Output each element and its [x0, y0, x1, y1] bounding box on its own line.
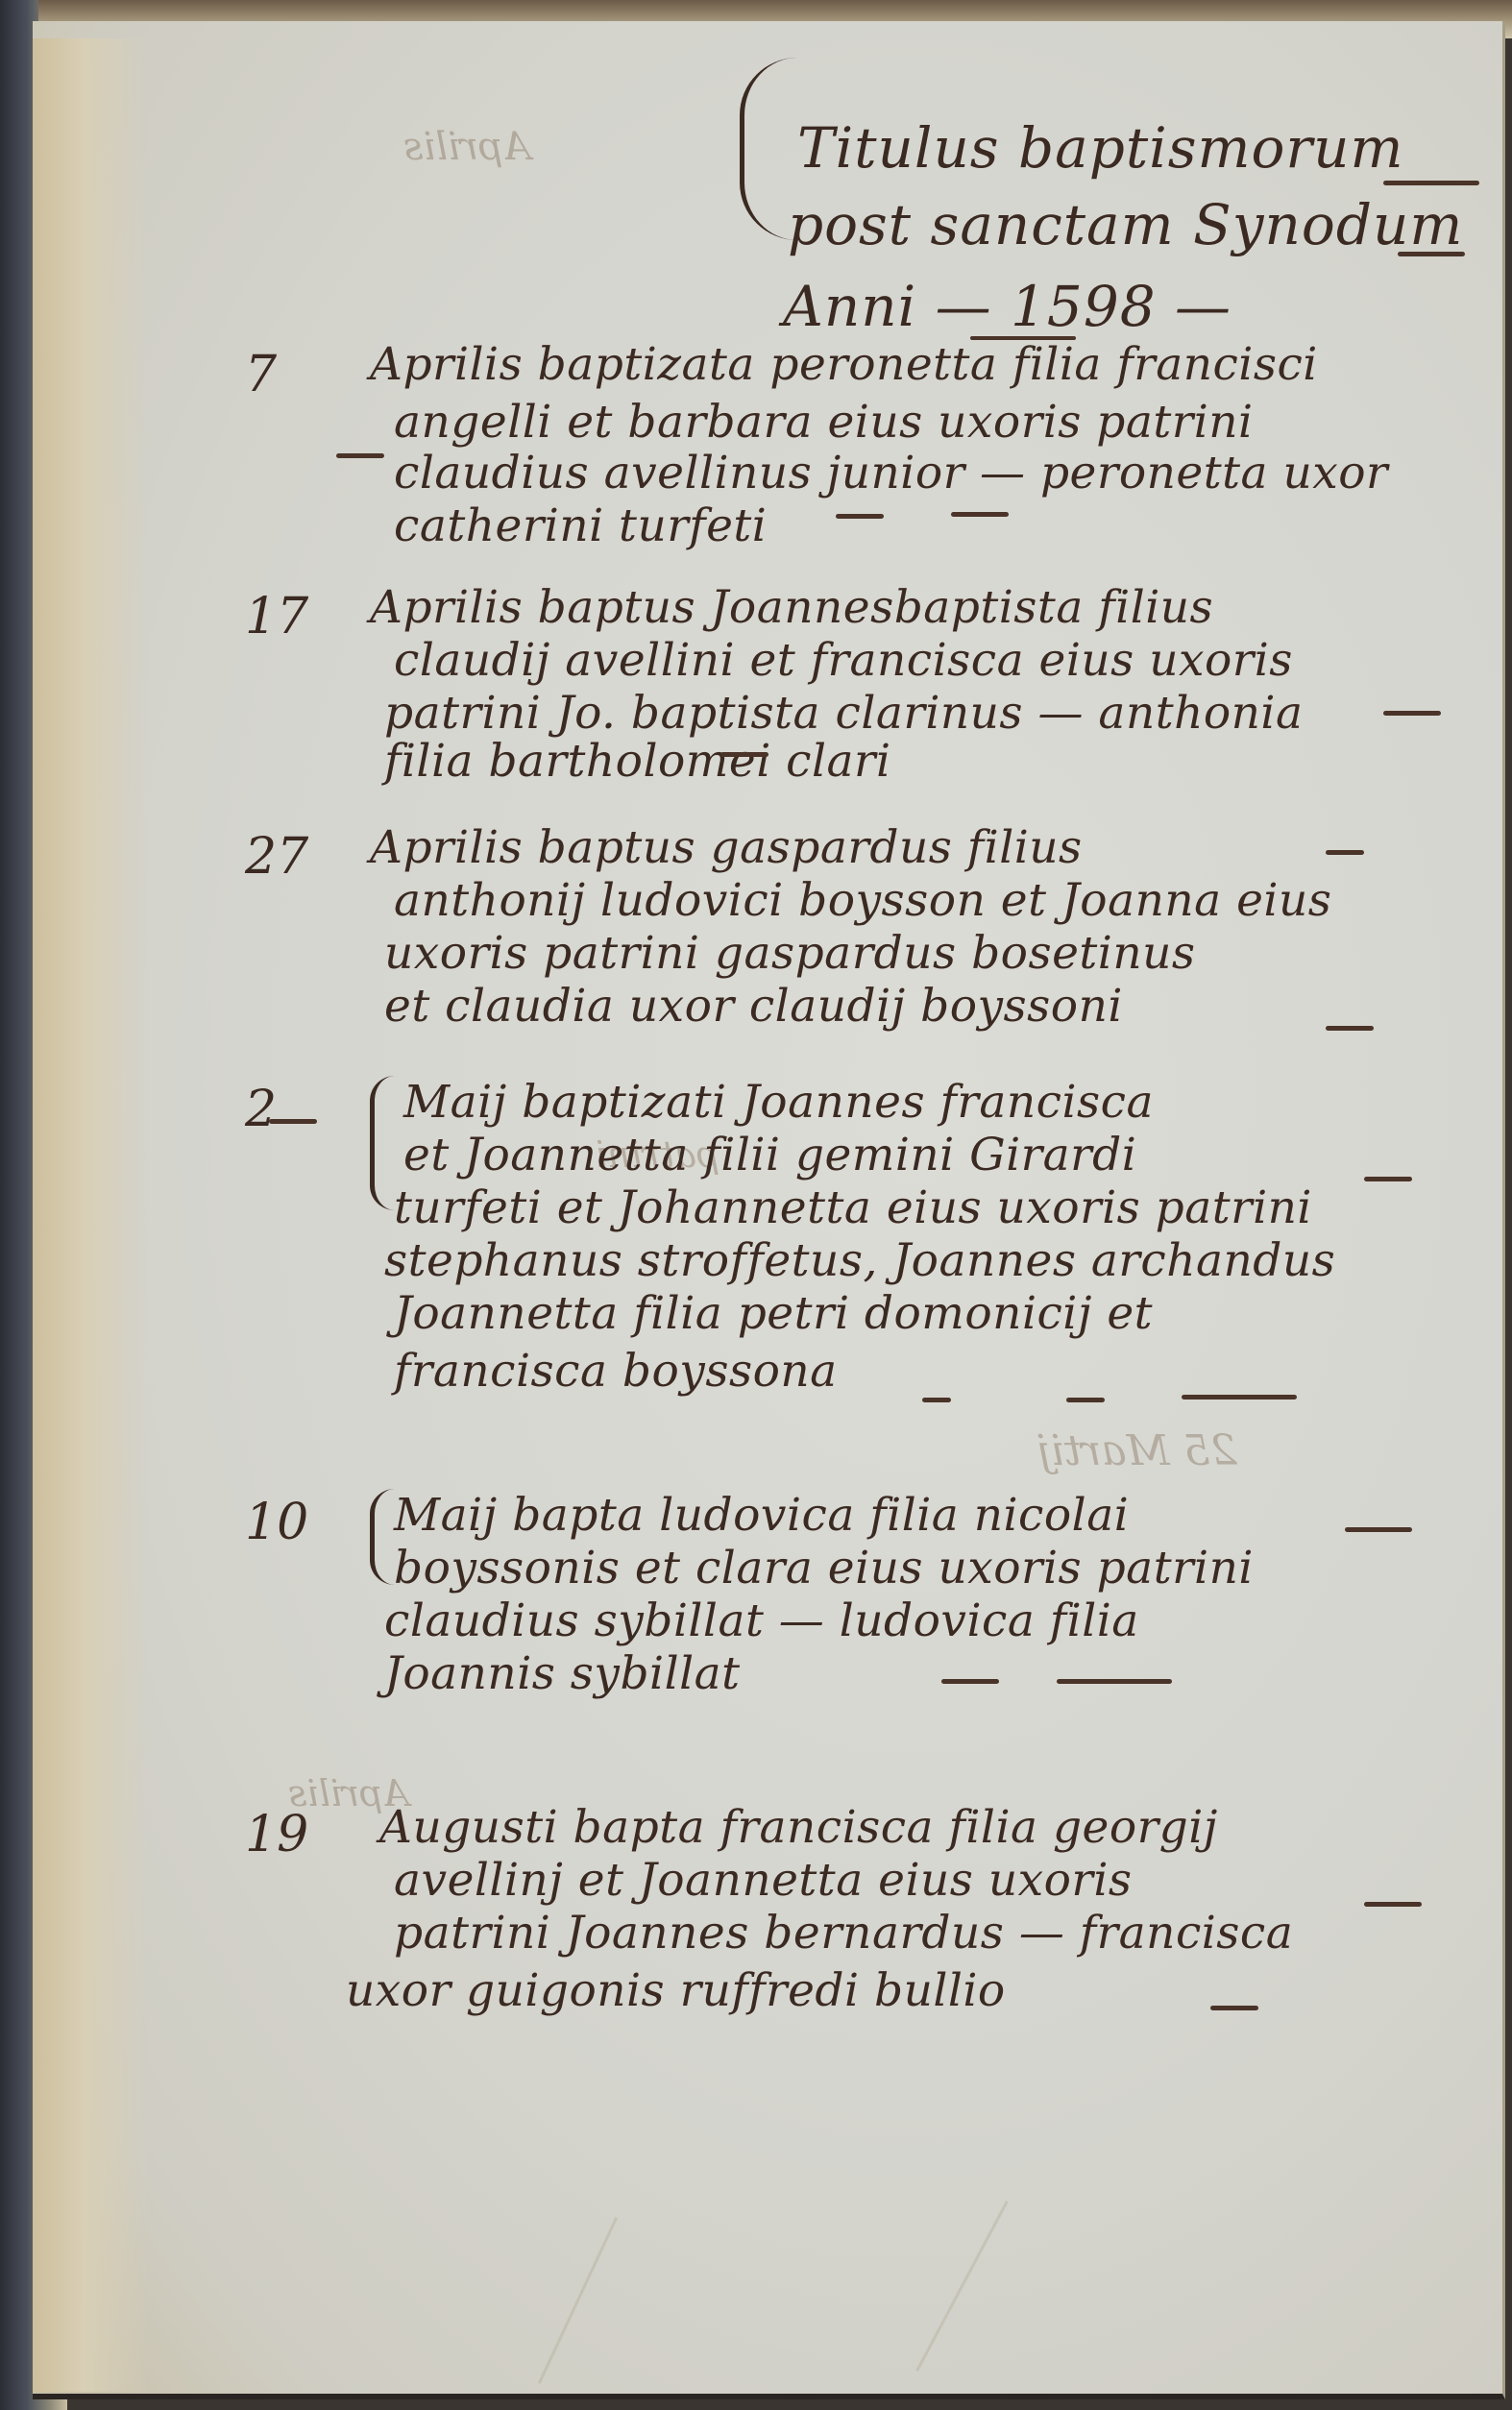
entry-line: claudij avellini et francisca eius uxori… [394, 634, 1293, 687]
line-filler-dash [1326, 1026, 1374, 1031]
title-line-3: Anni — 1598 — [783, 274, 1232, 339]
entry-line: filia bartholomei clari [384, 735, 891, 788]
entry-line: Maij bapta ludovica filia nicolai [394, 1489, 1129, 1542]
entry-line: patrini Jo. baptista clarinus — anthonia [384, 687, 1304, 740]
entry-line: catherini turfeti [394, 499, 767, 552]
entry-line: uxoris patrini gaspardus bosetinus [384, 927, 1195, 980]
margin-dash [336, 453, 384, 458]
line-filler-dash [1326, 850, 1364, 855]
entry-line: boyssonis et clara eius uxoris patrini [394, 1542, 1254, 1594]
entry-line: stephanus stroffetus, Joannes archandus [384, 1234, 1335, 1287]
entry-day: 27 [245, 828, 308, 886]
entry-day: 10 [245, 1494, 308, 1551]
entry-line: turfeti et Johannetta eius uxoris patrin… [394, 1181, 1312, 1234]
entry-day: 19 [245, 1806, 308, 1863]
entry-line: Aprilis baptus Joannesbaptista filius [370, 581, 1213, 634]
entry-day: 7 [245, 346, 277, 403]
entry-line: francisca boyssona [394, 1345, 838, 1398]
line-filler-dash [1210, 2006, 1258, 2010]
entry-day: 2 [245, 1081, 277, 1138]
title-line-2: post sanctam Synodum [788, 192, 1463, 257]
page-worn-edge [33, 38, 148, 2392]
entry-line: Aprilis baptizata peronetta filia franci… [370, 338, 1318, 391]
title-dash [1398, 252, 1465, 256]
line-filler-dash [1057, 1679, 1172, 1684]
entry-line: patrini Joannes bernardus — francisca [394, 1907, 1293, 1960]
entry-line: anthonij ludovici boysson et Joanna eius [394, 874, 1331, 927]
line-filler-dash [941, 1679, 999, 1684]
title-line-1: Titulus baptismorum [797, 115, 1403, 181]
line-filler-dash [836, 514, 884, 519]
line-filler-dash [1383, 711, 1441, 716]
bleed-through-text: 25 Martij [1037, 1426, 1237, 1475]
line-filler-dash [720, 752, 768, 757]
entry-line: Augusti bapta francisca filia georgij [379, 1801, 1218, 1854]
entry-line: Aprilis baptus gaspardus filius [370, 821, 1083, 874]
entry-day: 17 [245, 588, 308, 645]
line-filler-dash [1364, 1177, 1412, 1181]
line-filler-dash [1066, 1398, 1105, 1402]
line-filler-dash [951, 512, 1009, 517]
entry-line: claudius sybillat — ludovica filia [384, 1594, 1139, 1647]
entry-line: claudius avellinus junior — peronetta ux… [394, 447, 1388, 499]
entry-line: et Joannetta filii gemini Girardi [403, 1129, 1136, 1181]
line-filler-dash [1182, 1395, 1297, 1400]
title-dash [1383, 181, 1479, 185]
margin-dash [269, 1119, 317, 1124]
entry-line: avellinj et Joannetta eius uxoris [394, 1854, 1133, 1907]
entry-line: uxor guigonis ruffredi bullio [346, 1964, 1006, 2017]
entry-line: Joannetta filia petri domonicij et [394, 1287, 1153, 1340]
entry-line: Joannis sybillat [384, 1647, 741, 1700]
entry-line: Maij baptizati Joannes francisca [403, 1076, 1154, 1129]
line-filler-dash [1345, 1527, 1412, 1532]
line-filler-dash [922, 1398, 951, 1402]
entry-line: et claudia uxor claudij boyssoni [384, 980, 1123, 1033]
line-filler-dash [1364, 1902, 1422, 1907]
bleed-through-text: Aprilis [403, 125, 531, 169]
entry-line: angelli et barbara eius uxoris patrini [394, 396, 1254, 449]
